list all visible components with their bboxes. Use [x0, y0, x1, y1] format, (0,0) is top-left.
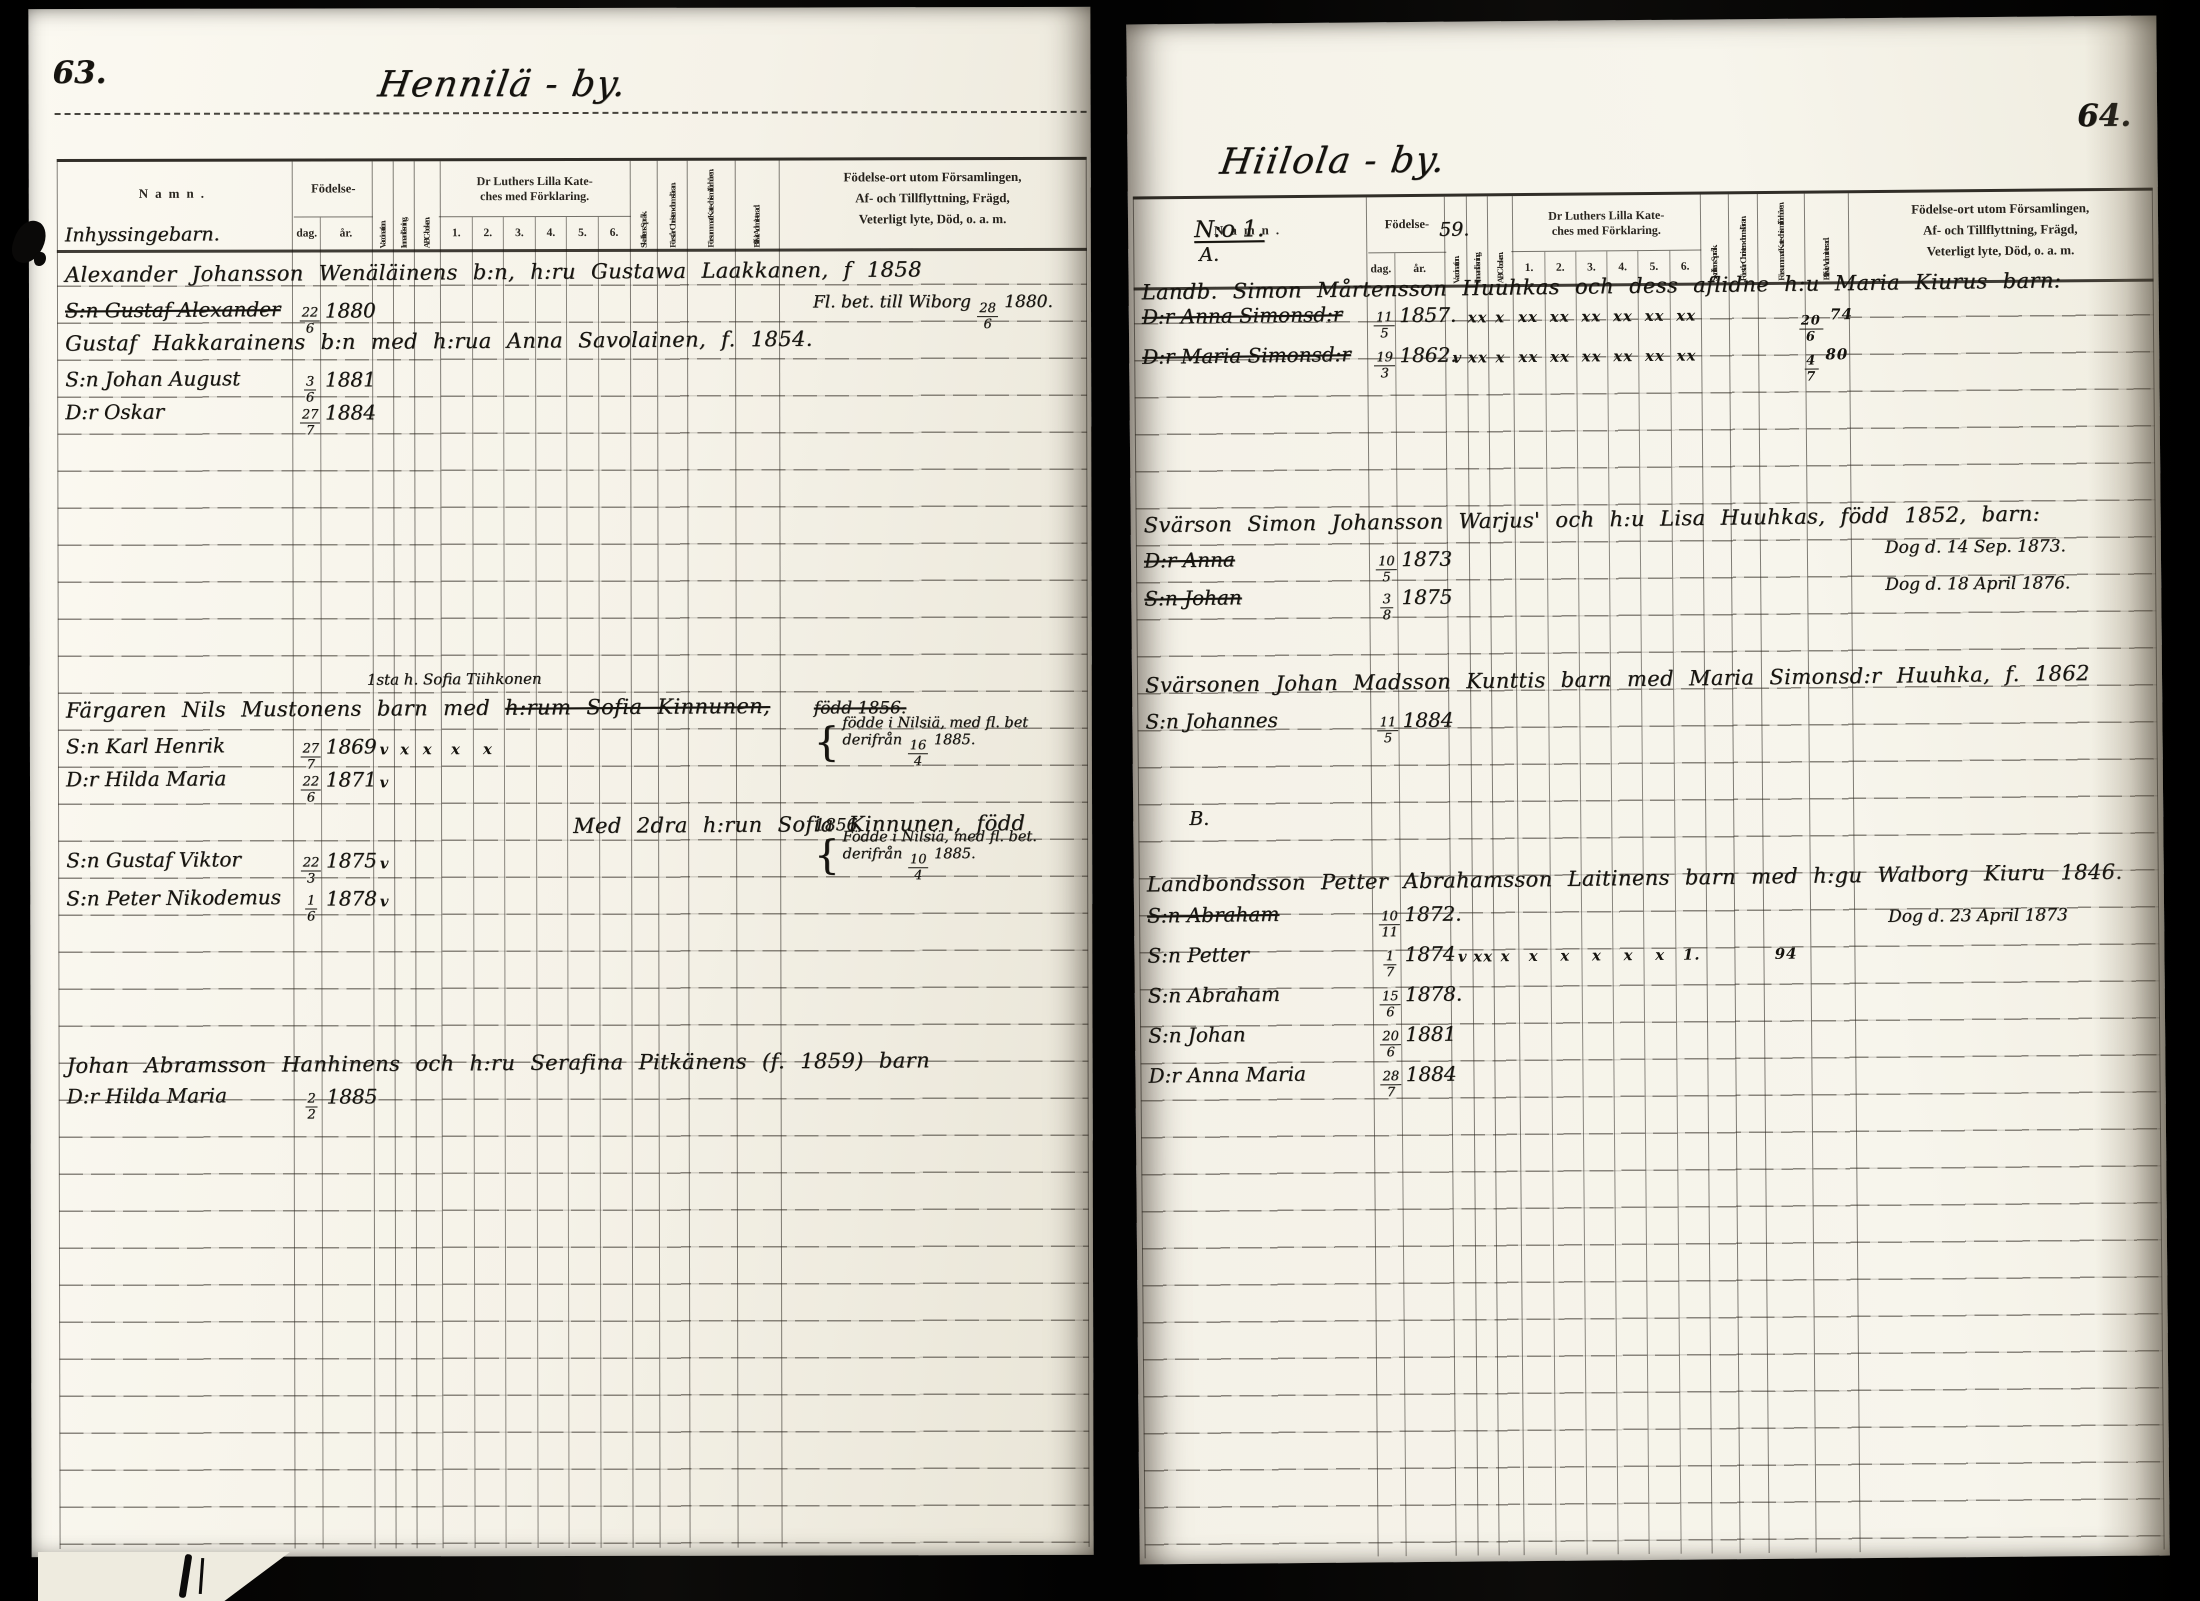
page-number-left: 63.: [52, 55, 106, 91]
header-katekes-label: Dr Luthers Lilla Kate-ches med Förklarin…: [439, 161, 631, 217]
margin-note: {Födde i Nilsiä, med fl. bet.derifrån 10…: [814, 829, 1037, 882]
village-title-left: Hennilä - by.: [376, 64, 631, 106]
fraction-denominator: 4: [914, 868, 922, 882]
date-fraction: 277: [300, 409, 321, 438]
exam-mark: v: [1458, 947, 1468, 965]
person-name: S:n Johan August: [65, 366, 240, 391]
margin-note-line: derifrån 104 1885.: [843, 846, 1037, 882]
person-row: D:r Maria Simonsd:r1931862.vxxxxxxxxxxxx…: [1134, 335, 2154, 374]
margin-note: Dog d. 18 April 1876.: [1885, 574, 2070, 596]
person-row: D:r Anna Maria2871884: [1140, 1055, 2160, 1094]
margin-note-line: Födde i Nilsiä, med fl. bet.: [843, 829, 1037, 846]
exam-mark: xx: [1468, 348, 1488, 366]
fraction-denominator: 6: [307, 791, 315, 805]
family-heading-row: Landbondsson Petter Abrahamsson Laitinen…: [1139, 862, 2159, 901]
date-fraction: 22: [305, 1093, 317, 1122]
fraction-numerator: 2: [305, 1093, 317, 1108]
header-fodelse-label: Födelse-: [294, 161, 373, 217]
exam-mark: xx: [1518, 348, 1538, 366]
date-fraction: 16: [305, 895, 317, 924]
birth-year: 1857.: [1399, 303, 1456, 327]
exam-mark: 47 80: [1803, 345, 1848, 383]
person-name-corrected: h:rum Sofia Kinnunen,: [505, 694, 770, 720]
header-katekes-line: ches med Förklaring.: [480, 188, 589, 203]
person-name: A.: [1199, 244, 1219, 266]
exam-mark: v: [380, 893, 390, 911]
person-name: D:r Hilda Maria: [67, 1084, 227, 1109]
person-row: S:n Johannes1151884: [1137, 700, 2157, 739]
date-fraction: 164: [908, 740, 929, 769]
brace-icon: {: [814, 837, 840, 875]
exam-mark: xx: [1613, 307, 1633, 325]
fraction-denominator: 7: [1806, 369, 1816, 383]
person-row: Inhyssingebarn.: [57, 222, 1087, 254]
margin-note: Dog d. 23 April 1873: [1888, 906, 2068, 928]
register-table-right: Namn.dag.år.Vaccination.Innanläsning.ABC…: [1133, 188, 2165, 1559]
page-number-right: 64.: [2077, 98, 2131, 134]
birth-year: 1878.: [1405, 981, 1462, 1005]
date-fraction: 226: [301, 776, 322, 805]
margin-note: Dog d. 14 Sep. 1873.: [1885, 537, 2066, 559]
exam-mark: x: [1501, 947, 1511, 965]
fraction-numerator: 1: [1384, 950, 1396, 965]
fraction-denominator: 6: [1386, 1045, 1394, 1059]
exam-mark: xx: [1677, 346, 1697, 364]
birth-year: 1884: [1406, 1062, 1457, 1086]
exam-mark: xx: [1613, 347, 1633, 365]
fraction-denominator: 6: [307, 910, 315, 924]
person-name: S:n Johannes: [1145, 708, 1278, 734]
fraction-numerator: 20: [1799, 314, 1823, 329]
person-name: 59.: [1439, 219, 1470, 241]
fraction-numerator: 20: [1380, 1030, 1401, 1045]
birth-day: 206: [1379, 1020, 1402, 1059]
fraction-numerator: 28: [1381, 1070, 1402, 1085]
exam-mark: xx: [1582, 347, 1602, 365]
date-fraction: 206: [1380, 1030, 1401, 1059]
margin-note-text: Födde i Nilsiä, med fl. bet.derifrån 104…: [843, 829, 1037, 882]
person-row: D:r Hilda Maria2261871v: [58, 765, 1088, 797]
person-name: D:r Oskar: [65, 400, 164, 425]
person-name: D:r Hilda Maria: [66, 767, 226, 792]
header-notes-line: Af- och Tillflyttning, Frägd,: [783, 188, 1081, 209]
fraction-numerator: 27: [300, 409, 321, 424]
margin-note-line: födde i Nilsiä, med fl. bet: [842, 715, 1028, 732]
date-fraction: 47: [1804, 354, 1818, 383]
birth-day: 16: [304, 885, 318, 924]
header-notes-line: Födelse-ort utom Församlingen,: [783, 167, 1081, 188]
birth-year: 1874: [1405, 942, 1456, 966]
village-title-right: Hiilola - by.: [1217, 140, 1448, 183]
person-row: S:n Gustaf Alexander2261880: [57, 296, 1087, 328]
birth-year: 1871: [326, 768, 377, 792]
margin-note-line: derifrån 164 1885.: [842, 732, 1028, 768]
person-row: S:n Peter Nikodemus161878v: [58, 884, 1088, 916]
entries-layer: N:o 1.59.A.Landb. Simon Mårtensson Huuhk…: [1134, 279, 2165, 1559]
fraction-denominator: 7: [306, 424, 314, 438]
note-row: {födde i Nilsiä, med fl. betderifrån 164…: [58, 723, 1088, 755]
header-katekes-line: Dr Luthers Lilla Kate-: [477, 173, 593, 188]
birth-year: 1885: [326, 1085, 377, 1109]
fraction-numerator: 22: [301, 776, 322, 791]
birth-year: 1884: [325, 400, 376, 424]
person-name: S:n Johan: [1148, 1022, 1246, 1047]
date-fraction: 156: [1380, 990, 1401, 1019]
birth-day: 287: [1379, 1060, 1402, 1099]
birth-year: 1884: [1402, 707, 1453, 731]
scanned-register-spread: 63. Hennilä - by. Namn.dag.år.Vaccinatio…: [0, 0, 2200, 1601]
exam-mark: xx: [1550, 348, 1570, 366]
family-heading: Johan Abramsson Hanhinens och h:ru Seraf…: [67, 1048, 931, 1078]
birth-year: 1881: [325, 367, 376, 391]
header-name-label: Namn.: [58, 186, 292, 202]
person-name: S:n Peter Nikodemus: [66, 885, 281, 910]
fraction-denominator: 5: [1384, 731, 1392, 745]
exam-mark: xx: [1518, 308, 1538, 326]
person-row: S:n Petter171874vxxxxxxxx1.94: [1139, 934, 2159, 973]
exam-mark: xx: [1581, 307, 1601, 325]
fraction-denominator: 3: [307, 871, 315, 885]
person-row: D:r Hilda Maria221885: [59, 1082, 1089, 1114]
person-name: S:n Petter: [1147, 942, 1249, 967]
entries-layer: Inhyssingebarn.Alexander Johansson Wenäl…: [57, 248, 1090, 1549]
family-heading: Färgaren Nils Mustonens barn med h:rum S…: [66, 694, 770, 723]
fraction-denominator: 5: [1380, 326, 1388, 340]
date-fraction: 104: [908, 853, 929, 882]
family-heading-row: Gustaf Hakkarainens b:n med h:rua Anna S…: [57, 328, 1087, 360]
birth-year: 1878: [326, 887, 377, 911]
date-fraction: 17: [1384, 950, 1397, 979]
exam-mark: x: [1560, 947, 1570, 965]
exam-mark: xx: [1473, 947, 1493, 965]
person-name: D:r Anna Simonsd:r: [1142, 302, 1343, 329]
fraction-numerator: 11: [1377, 716, 1398, 731]
person-name: S:n Gustaf Alexander: [65, 297, 281, 322]
birth-day: 22: [304, 1083, 318, 1122]
exam-mark: v: [380, 774, 390, 792]
page-corner-spill: [38, 1552, 290, 1601]
birth-day: 115: [1376, 706, 1399, 745]
fraction-numerator: 15: [1380, 990, 1401, 1005]
brace-icon: {: [814, 723, 840, 761]
family-heading-row: Alexander Johansson Wenäläinens b:n, h:r…: [57, 259, 1087, 291]
fraction-numerator: 16: [908, 740, 929, 755]
fraction-denominator: 2: [307, 1108, 315, 1122]
date-fraction: 115: [1374, 311, 1395, 340]
register-table-left: Namn.dag.år.Vaccination.Innanläsning.ABC…: [57, 157, 1090, 1549]
person-row: S:n Johan August361881: [57, 365, 1087, 397]
exam-mark: x: [1495, 308, 1505, 326]
family-heading-row: Svärsonen Johan Madsson Kunttis barn med…: [1137, 663, 2157, 702]
register-page-left: 63. Hennilä - by. Namn.dag.år.Vaccinatio…: [28, 7, 1093, 1557]
exam-mark: xx: [1645, 347, 1665, 365]
fraction-numerator: 3: [304, 375, 316, 390]
exam-mark: xx: [1468, 308, 1488, 326]
fraction-numerator: 10: [908, 853, 929, 868]
person-name: B.: [1189, 808, 1209, 830]
person-row: B.: [1138, 799, 2158, 838]
fraction-numerator: 11: [1374, 311, 1395, 326]
person-name: D:r Maria Simonsd:r: [1142, 342, 1351, 369]
exam-mark: v: [1453, 348, 1463, 366]
title-underline-left: [55, 111, 1087, 115]
fraction-numerator: 1: [305, 895, 317, 910]
family-heading: Gustaf Hakkarainens b:n med h:rua Anna S…: [65, 327, 813, 356]
birth-year: 1881: [1405, 1022, 1456, 1046]
person-row: S:n Abraham1561878.: [1140, 974, 2160, 1013]
birth-day: 17: [1383, 940, 1398, 979]
fraction-denominator: 3: [1381, 366, 1389, 380]
person-name: 1sta h. Sofia Tiihkonen: [367, 670, 542, 689]
fraction-denominator: 7: [1387, 1085, 1395, 1099]
birth-day: 115: [1373, 301, 1396, 340]
register-page-right: 64. Hiilola - by. Namn.dag.år.Vaccinatio…: [1126, 16, 2169, 1565]
fraction-denominator: 8: [1383, 608, 1391, 622]
fraction-numerator: 19: [1374, 351, 1395, 366]
person-row: S:n Johan2061881: [1140, 1015, 2160, 1054]
exam-mark: x: [1529, 947, 1539, 965]
date-fraction: 193: [1374, 351, 1395, 380]
family-heading: Svärson Simon Johansson Warjus' och h:u …: [1144, 502, 2041, 538]
date-fraction: 287: [1381, 1070, 1402, 1099]
family-heading-row: Johan Abramsson Hanhinens och h:ru Seraf…: [59, 1050, 1089, 1082]
birth-day: 226: [300, 766, 323, 805]
family-heading: Landbondsson Petter Abrahamsson Laitinen…: [1147, 860, 2123, 897]
person-name: D:r Anna Maria: [1148, 1062, 1306, 1088]
exam-mark: 1.: [1683, 945, 1701, 963]
header-notes-label: Födelse-ort utom Församlingen,Af- och Ti…: [783, 167, 1082, 230]
birth-day: 193: [1373, 341, 1396, 380]
family-heading: Alexander Johansson Wenäläinens b:n, h:r…: [65, 257, 922, 287]
fraction-numerator: 4: [1804, 354, 1818, 369]
margin-note: {födde i Nilsiä, med fl. betderifrån 164…: [814, 715, 1028, 768]
exam-mark: x: [1592, 946, 1602, 964]
exam-mark: xx: [1676, 306, 1696, 324]
note-row: {Födde i Nilsiä, med fl. bet.derifrån 10…: [58, 837, 1088, 869]
margin-note-text: födde i Nilsiä, med fl. betderifrån 164 …: [842, 715, 1028, 768]
person-name: S:n Abraham: [1148, 981, 1280, 1007]
fraction-denominator: 7: [1386, 965, 1394, 979]
date-fraction: 115: [1377, 716, 1398, 745]
fraction-denominator: 6: [1386, 1005, 1394, 1019]
exam-mark: x: [1655, 946, 1665, 964]
birth-day: 156: [1379, 980, 1402, 1019]
birth-year: 1880: [325, 298, 376, 322]
exam-mark: xx: [1550, 308, 1570, 326]
birth-day: 277: [299, 399, 322, 438]
exam-mark: x: [1623, 946, 1633, 964]
exam-mark: 94: [1775, 945, 1798, 963]
birth-year: 1862.: [1399, 343, 1456, 367]
person-name: Inhyssingebarn.: [65, 223, 220, 246]
person-row: D:r Oskar2771884: [57, 398, 1087, 430]
exam-mark: x: [1495, 348, 1505, 366]
exam-mark: xx: [1645, 307, 1665, 325]
fraction-numerator: 22: [300, 307, 321, 322]
family-heading: Svärsonen Johan Madsson Kunttis barn med…: [1145, 661, 2090, 697]
